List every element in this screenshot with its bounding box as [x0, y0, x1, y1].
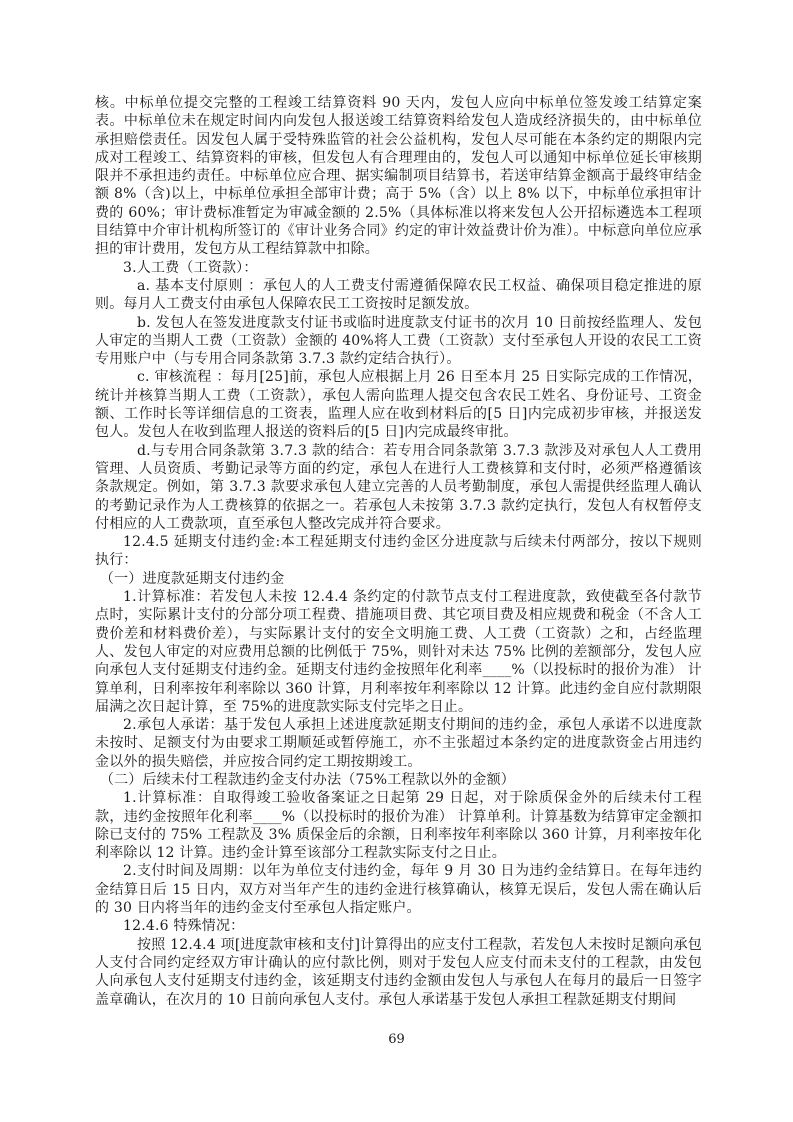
paragraph-calc-standard-2: 1.计算标准：自取得竣工验收备案证之日起第 29 日起，对于除质保金外的后续未付…	[95, 789, 702, 862]
paragraph-subheading-two: （二）后续未付工程款违约金支付办法（75%工程款以外的金额）	[95, 771, 702, 789]
paragraph-item-c: c. 审核流程 ：每月[25]前，承包人应根据上月 26 日至本月 25 日实际…	[95, 368, 702, 441]
paragraph-payment-cycle: 2.支付时间及周期：以年为单位支付违约金，每年 9 月 30 日为违约金结算日。…	[95, 862, 702, 917]
paragraph: 核。中标单位提交完整的工程竣工结算资料 90 天内，发包人应向中标单位签发竣工结…	[95, 94, 702, 259]
paragraph-item-b: b. 发包人在签发进度款支付证书或临时进度款支付证书的次月 10 日前按经监理人…	[95, 314, 702, 369]
document-body: 核。中标单位提交完整的工程竣工结算资料 90 天内，发包人应向中标单位签发竣工结…	[95, 94, 702, 1009]
page-number: 69	[0, 1032, 793, 1047]
paragraph-item-a: a. 基本支付原则 ：承包人的人工费支付需遵循保障农民工权益、确保项目稳定推进的…	[95, 277, 702, 314]
paragraph-clause-12-4-5: 12.4.5 延期支付违约金:本工程延期支付违约金区分进度款与后续未付两部分，按…	[95, 533, 702, 570]
paragraph-clause-12-4-6: 12.4.6 特殊情况：	[95, 917, 702, 935]
paragraph-calc-standard-1: 1.计算标准：若发包人未按 12.4.4 条约定的付款节点支付工程进度款，致使截…	[95, 588, 702, 716]
paragraph-subheading-one: （一）进度款延期支付违约金	[95, 570, 702, 588]
paragraph-contractor-promise: 2.承包人承诺：基于发包人承担上述进度款延期支付期间的违约金，承包人承诺不以进度…	[95, 716, 702, 771]
paragraph-clause-labor-cost-heading: 3.人工费（工资款）：	[95, 259, 702, 277]
paragraph-item-d: d.与专用合同条款第 3.7.3 款的结合：若专用合同条款第 3.7.3 款涉及…	[95, 442, 702, 533]
paragraph-special-case: 按照 12.4.4 项[进度款审核和支付]计算得出的应支付工程款，若发包人未按时…	[95, 936, 702, 1009]
document-page: 核。中标单位提交完整的工程竣工结算资料 90 天内，发包人应向中标单位签发竣工结…	[0, 0, 793, 1122]
